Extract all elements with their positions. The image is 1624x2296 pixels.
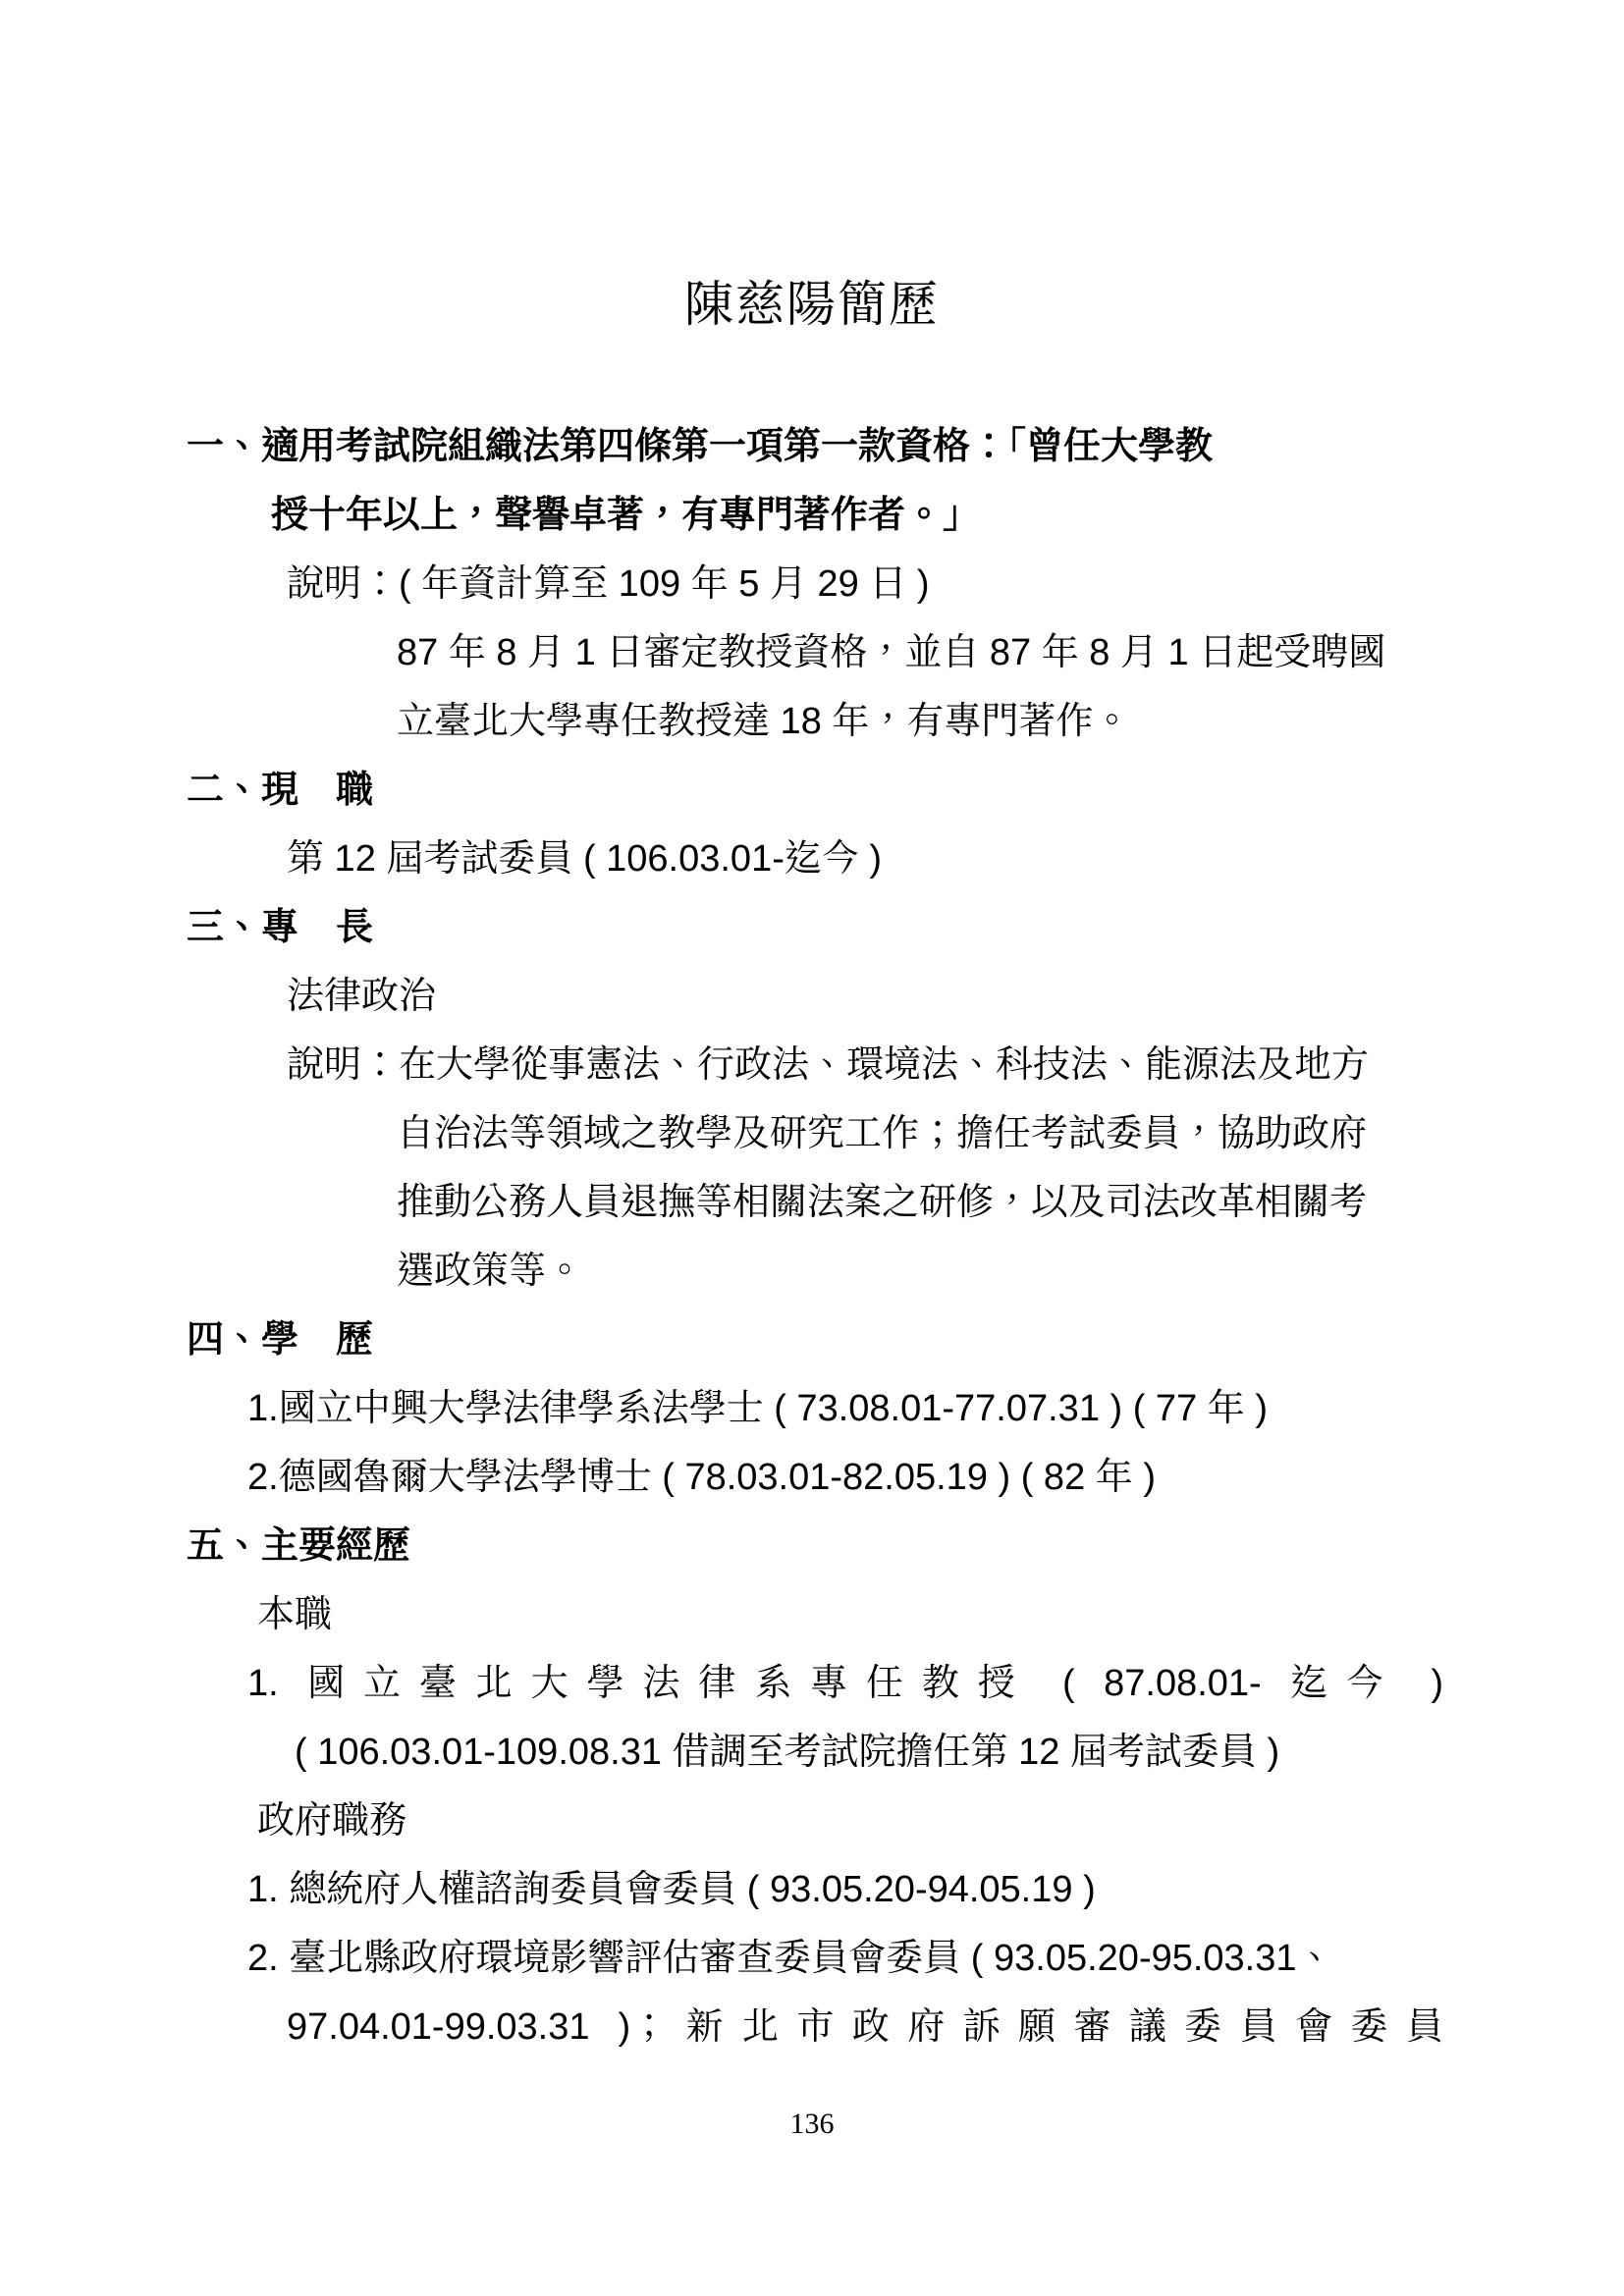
section-3-note-line-1: 說明：在大學從事憲法、行政法、環境法、科技法、能源法及地方	[0, 1031, 1624, 1099]
career-label-main: 本職	[0, 1580, 1624, 1649]
page-number: 136	[0, 2103, 1624, 2146]
section-4-heading: 四、學 歷	[0, 1306, 1624, 1374]
section-2-current-position: 第 12 屆考試委員 ( 106.03.01-迄今 )	[0, 825, 1624, 893]
section-1-detail-line-1: 87 年 8 月 1 日審定教授資格，並自 87 年 8 月 1 日起受聘國	[0, 618, 1624, 687]
career-main-item-line-2: ( 106.03.01-109.08.31 借調至考試院擔任第 12 屆考試委員…	[0, 1718, 1624, 1787]
government-item-2-line-1: 2. 臺北縣政府環境影響評估審查委員會委員 ( 93.05.20-95.03.3…	[0, 1924, 1624, 1993]
section-1-heading-line-1: 一、適用考試院組織法第四條第一項第一款資格：「曾任大學教	[0, 412, 1624, 481]
education-item-1: 1.國立中興大學法律學系法學士 ( 73.08.01-77.07.31 ) ( …	[0, 1374, 1624, 1443]
career-main-item-line-1: 1. 國立臺北大學法律系專任教授 ( 87.08.01- 迄今 )	[0, 1649, 1443, 1718]
career-label-government: 政府職務	[0, 1787, 1624, 1855]
government-item-1: 1. 總統府人權諮詢委員會委員 ( 93.05.20-94.05.19 )	[0, 1855, 1624, 1924]
section-1-note: 說明：( 年資計算至 109 年 5 月 29 日 )	[0, 550, 1624, 618]
government-item-2-line-2: 97.04.01-99.03.31 )；新北市政府訴願審議委員會委員	[0, 1993, 1443, 2061]
section-3-specialty: 法律政治	[0, 962, 1624, 1031]
section-3-note-line-4: 選政策等。	[0, 1237, 1624, 1306]
section-3-heading: 三、專 長	[0, 893, 1624, 962]
section-2-heading: 二、現 職	[0, 756, 1624, 825]
section-3-note-line-3: 推動公務人員退撫等相關法案之研修，以及司法改革相關考	[0, 1168, 1624, 1237]
document-title: 陳慈陽簡歷	[0, 263, 1624, 346]
document-page: 陳慈陽簡歷 一、適用考試院組織法第四條第一項第一款資格：「曾任大學教 授十年以上…	[0, 0, 1624, 2296]
section-1-heading-line-2: 授十年以上，聲譽卓著，有專門著作者。」	[0, 481, 1624, 550]
document-body: 一、適用考試院組織法第四條第一項第一款資格：「曾任大學教 授十年以上，聲譽卓著，…	[0, 412, 1624, 2061]
section-1-detail-line-2: 立臺北大學專任教授達 18 年，有專門著作。	[0, 687, 1624, 756]
section-5-heading: 五、主要經歷	[0, 1512, 1624, 1580]
education-item-2: 2.德國魯爾大學法學博士 ( 78.03.01-82.05.19 ) ( 82 …	[0, 1443, 1624, 1512]
section-3-note-line-2: 自治法等領域之教學及研究工作；擔任考試委員，協助政府	[0, 1099, 1624, 1168]
